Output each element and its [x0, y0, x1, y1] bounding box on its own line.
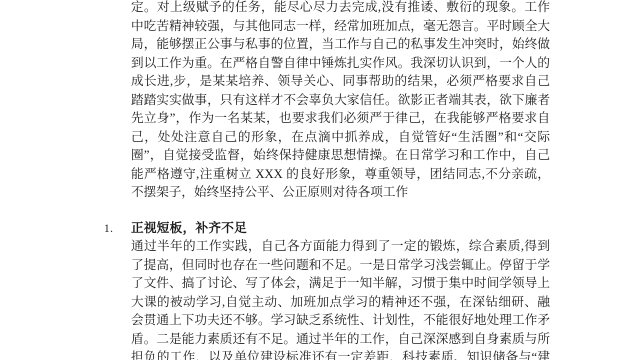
text-line: 到以工作为重。在严格自警自律中锤炼扎实作风。我深切认识到，一个人的 — [131, 54, 550, 73]
list-number: 1. — [104, 220, 113, 239]
paragraph-1: 定。对上级赋予的任务，能尽心尽力去完成,没有推诿、敷衍的现象。工作中吃苦精神较强… — [131, 0, 550, 202]
text-line: 圈”，自觉接受监督，始终保持健康思想情操。在日常学习和工作中，自己 — [131, 146, 550, 165]
text-line: 己，处处注意自己的形象，在点滴中抓养成，自觉管好“生活圈”和“交际 — [131, 128, 550, 147]
section-heading: 正视短板，补齐不足 — [131, 221, 247, 235]
text-line: 局，能够摆正公事与私事的位置，当工作与自己的私事发生冲突时，始终做 — [131, 35, 550, 54]
text-line: 踏踏实实做事，只有这样才不会辜负大家信任。欲影正者端其表，欲下廉者 — [131, 91, 550, 110]
text-line: 了提高，但同时也存在一些问题和不足。一是日常学习浅尝辄止。停留于学 — [131, 256, 550, 275]
text-line: 能严格遵守,注重树立 XXX 的良好形象，尊重领导，团结同志,不分亲疏， — [131, 165, 550, 184]
text-column: 定。对上级赋予的任务，能尽心尽力去完成,没有推诿、敷衍的现象。工作中吃苦精神较强… — [131, 0, 550, 360]
paragraph-2: 通过半年的工作实践，自己各方面能力得到了一定的锻炼，综合素质,得到了提高，但同时… — [131, 237, 550, 360]
text-line: 定。对上级赋予的任务，能尽心尽力去完成,没有推诿、敷衍的现象。工作 — [131, 0, 550, 17]
text-line: 不摆架子，始终坚持公平、公正原则对待各项工作 — [131, 183, 550, 202]
text-line: 了文件、搞了讨论、写了体会，满足于一知半解，习惯于集中时间学领导上 — [131, 274, 550, 293]
text-line: 成长进,步，是某某培养、领导关心、同事帮助的结果，必须严格要求自己 — [131, 72, 550, 91]
text-line: 先立身”，作为一名某某，也要求我们必须严于律己，在我能够严格要求自 — [131, 109, 550, 128]
list-item-heading: 1. 正视短板，补齐不足 — [131, 219, 550, 238]
text-line: 中吃苦精神较强，与其他同志一样，经常加班加点，毫无怨言。平时顾全大 — [131, 17, 550, 36]
text-line: 大课的被动学习,自觉主动、加班加点学习的精神还不强，在深钻细研、融 — [131, 293, 550, 312]
text-line: 担负的工作，以及单位建设标准还有一定差距，科技素质、知识储备与“建 — [131, 348, 550, 360]
text-line: 通过半年的工作实践，自己各方面能力得到了一定的锻炼，综合素质,得到 — [131, 237, 550, 256]
document-page: 定。对上级赋予的任务，能尽心尽力去完成,没有推诿、敷衍的现象。工作中吃苦精神较强… — [0, 0, 640, 360]
text-line: 盾。二是能力素质还有不足。通过半年的工作，自己深深感到自身素质与所 — [131, 330, 550, 349]
text-line: 会贯通上下功夫还不够。学习缺乏系统性、计划性，不能很好地处理工作矛 — [131, 311, 550, 330]
